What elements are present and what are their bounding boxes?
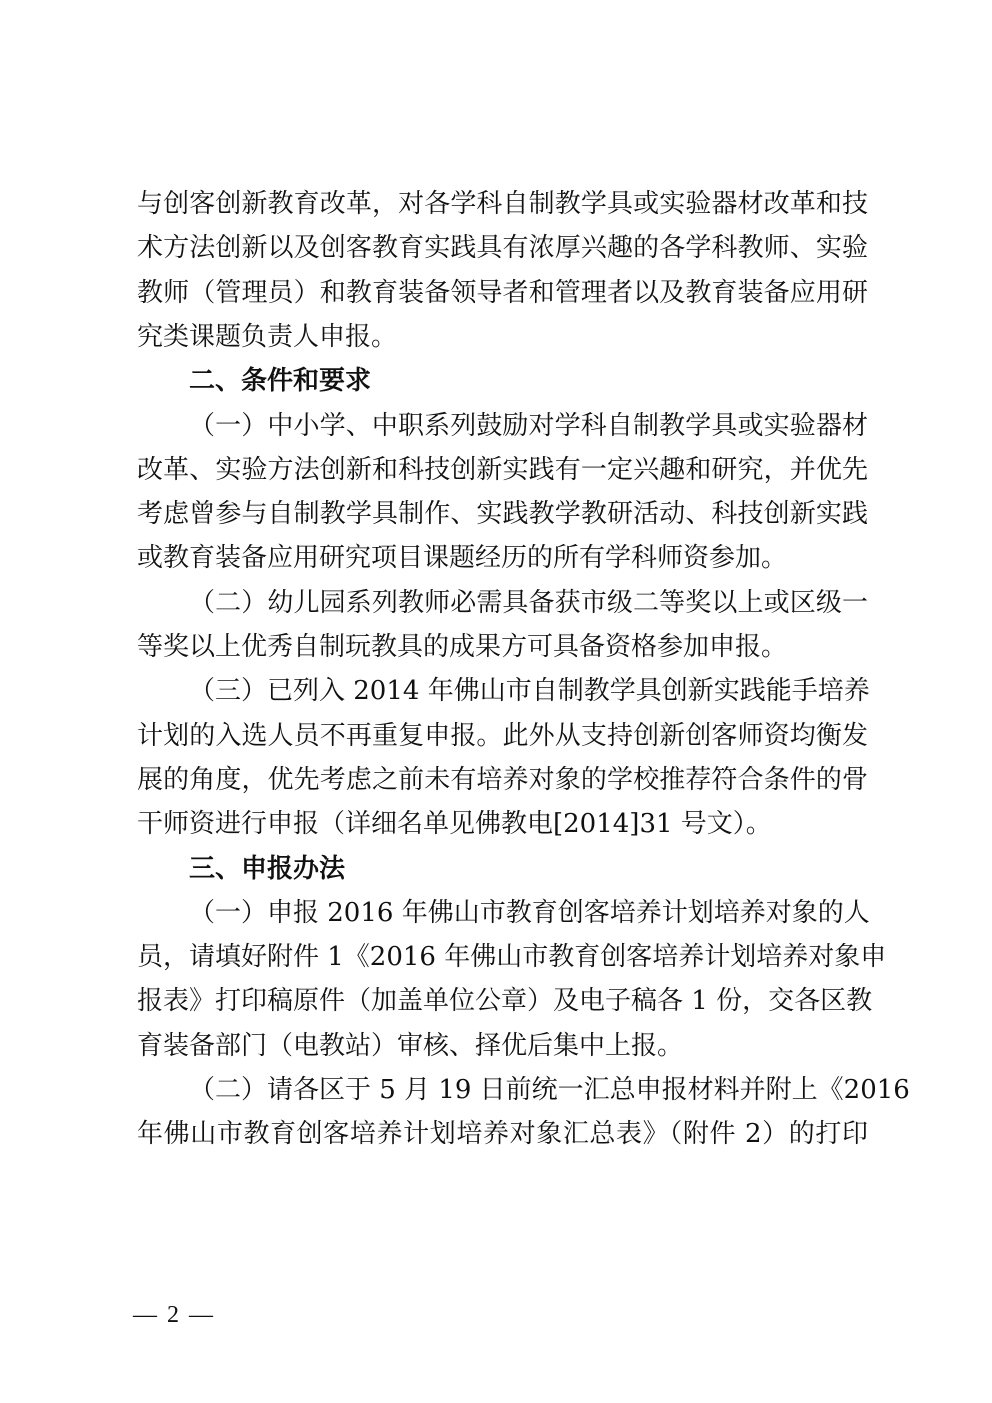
text-line: （二）幼儿园系列教师必需具备获市级二等奖以上或区级一 <box>137 583 868 624</box>
text-line: 教师（管理员）和教育装备领导者和管理者以及教育装备应用研 <box>137 273 868 314</box>
text-line: 或教育装备应用研究项目课题经历的所有学科师资参加。 <box>137 538 868 579</box>
section-heading: 二、条件和要求 <box>137 361 868 402</box>
text-line: 育装备部门（电教站）审核、择优后集中上报。 <box>137 1026 868 1067</box>
text-line: 员，请填好附件 1《2016 年佛山市教育创客培养计划培养对象申 <box>137 937 868 978</box>
text-line: 等奖以上优秀自制玩教具的成果方可具备资格参加申报。 <box>137 627 868 668</box>
text-line: （一）中小学、中职系列鼓励对学科自制教学具或实验器材 <box>137 406 868 447</box>
text-line: （三）已列入 2014 年佛山市自制教学具创新实践能手培养 <box>137 671 868 712</box>
text-line: 年佛山市教育创客培养计划培养对象汇总表》（附件 2）的打印 <box>137 1114 868 1155</box>
text-line: 改革、实验方法创新和科技创新实践有一定兴趣和研究，并优先 <box>137 450 868 491</box>
text-line: 计划的入选人员不再重复申报。此外从支持创新创客师资均衡发 <box>137 716 868 757</box>
text-line: 与创客创新教育改革，对各学科自制教学具或实验器材改革和技 <box>137 184 868 225</box>
text-line: 展的角度，优先考虑之前未有培养对象的学校推荐符合条件的骨 <box>137 760 868 801</box>
text-line: 术方法创新以及创客教育实践具有浓厚兴趣的各学科教师、实验 <box>137 228 868 269</box>
section-heading: 三、申报办法 <box>137 849 868 890</box>
text-line: 报表》打印稿原件（加盖单位公章）及电子稿各 1 份，交各区教 <box>137 981 868 1022</box>
text-line: 究类课题负责人申报。 <box>137 317 868 358</box>
text-line: 考虑曾参与自制教学具制作、实践教学教研活动、科技创新实践 <box>137 494 868 535</box>
document-page: 与创客创新教育改革，对各学科自制教学具或实验器材改革和技术方法创新以及创客教育实… <box>0 0 992 1403</box>
page-number: — 2 — <box>133 1302 215 1329</box>
text-line: （一）申报 2016 年佛山市教育创客培养计划培养对象的人 <box>137 893 868 934</box>
text-line: （二）请各区于 5 月 19 日前统一汇总申报材料并附上《2016 <box>137 1070 868 1111</box>
text-line: 干师资进行申报（详细名单见佛教电[2014]31 号文）。 <box>137 804 868 845</box>
